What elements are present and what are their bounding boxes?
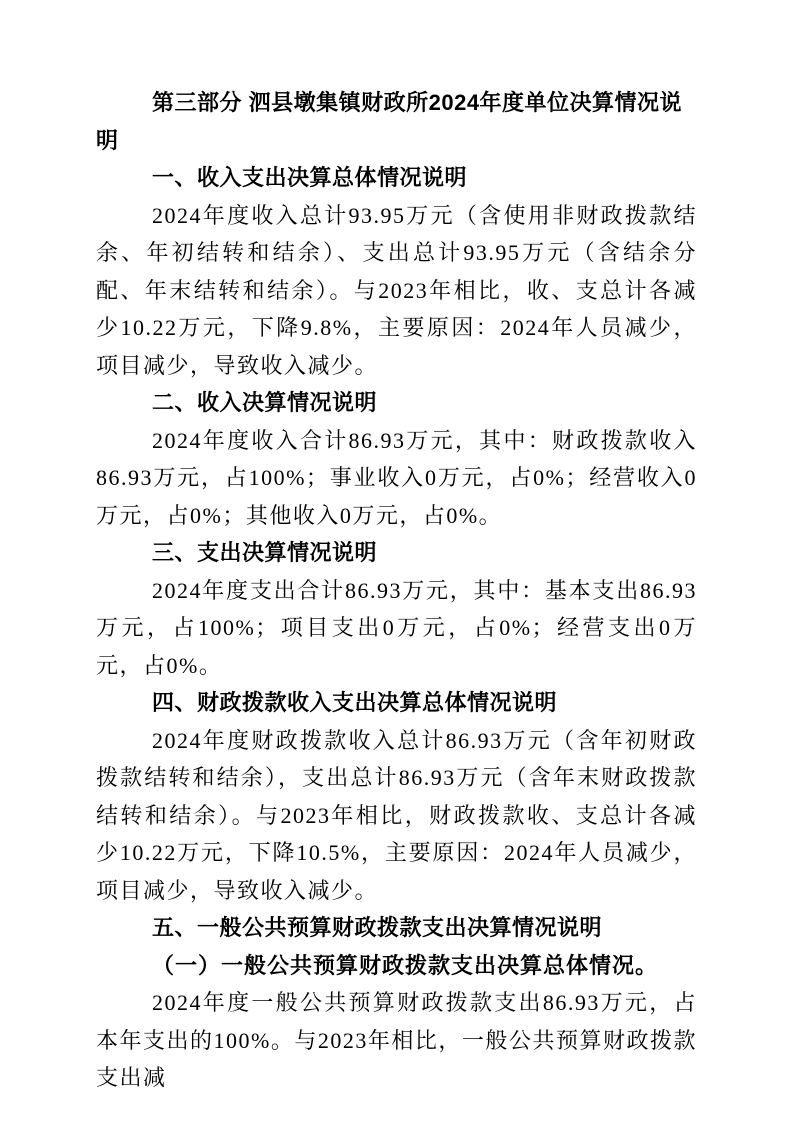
section-1-body: 2024年度收入总计93.95万元（含使用非财政拨款结余、年初结转和结余）、支出… [96,197,697,385]
section-4-body: 2024年度财政拨款收入总计86.93万元（含年初财政拨款结转和结余），支出总计… [96,722,697,910]
section-2-heading: 二、收入决算情况说明 [96,384,697,422]
section-5-subheading: （一）一般公共预算财政拨款支出决算总体情况。 [96,947,697,985]
section-5-body: 2024年度一般公共预算财政拨款支出86.93万元，占本年支出的100%。与20… [96,984,697,1097]
section-1-heading: 一、收入支出决算总体情况说明 [96,159,697,197]
section-4-heading: 四、财政拨款收入支出决算总体情况说明 [96,684,697,722]
section-5-heading: 五、一般公共预算财政拨款支出决算情况说明 [96,909,697,947]
document-page: 第三部分 泗县墩集镇财政所2024年度单位决算情况说明 一、收入支出决算总体情况… [0,0,793,1122]
section-2-body: 2024年度收入合计86.93万元，其中：财政拨款收入86.93万元，占100%… [96,422,697,535]
section-3-body: 2024年度支出合计86.93万元，其中：基本支出86.93万元，占100%；项… [96,572,697,685]
document-title: 第三部分 泗县墩集镇财政所2024年度单位决算情况说明 [96,84,697,159]
section-3-heading: 三、支出决算情况说明 [96,534,697,572]
